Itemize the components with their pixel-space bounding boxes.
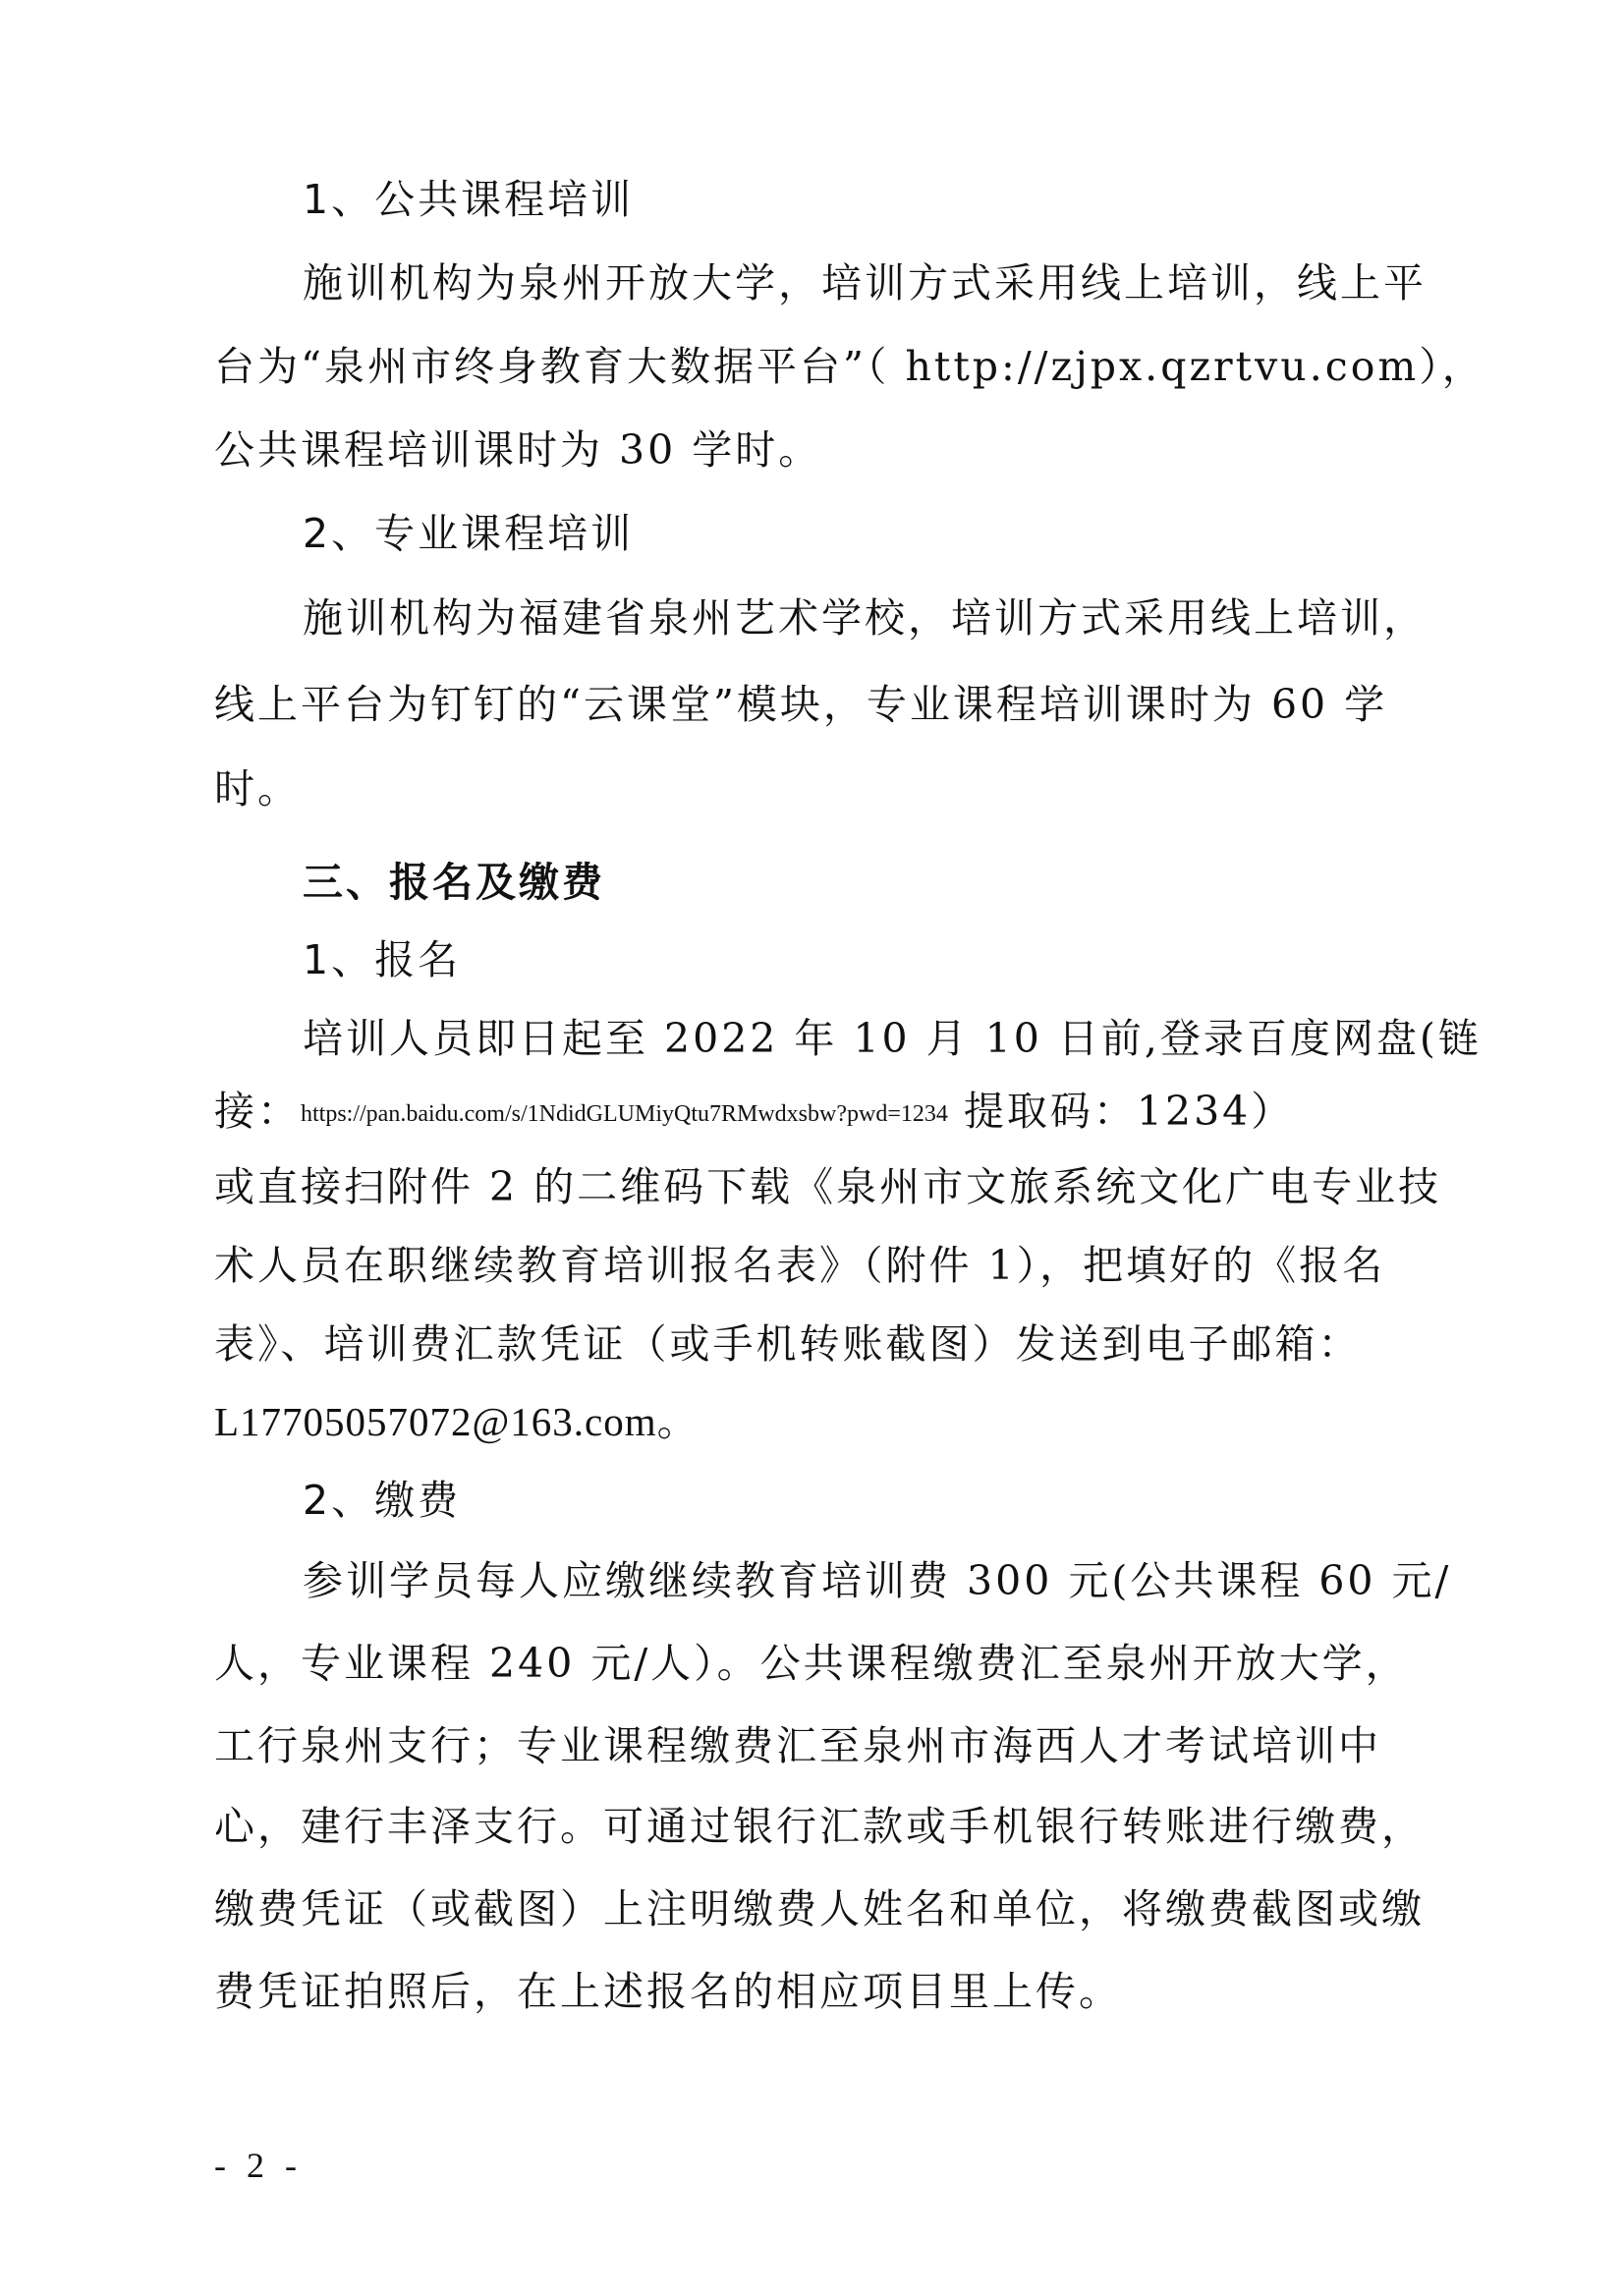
subheading-payment: 2、缴费: [303, 1476, 1521, 1525]
paragraph-line: 术人员在职继续教育培训报名表》（附件 1），把填好的《报名: [214, 1241, 1432, 1290]
page-number: - 2 -: [214, 2145, 303, 2186]
paragraph-line: 线上平台为钉钉的“云课堂”模块，专业课程培训课时为 60 学: [214, 680, 1432, 729]
paragraph-line: 心，建行丰泽支行。可通过银行汇款或手机银行转账进行缴费，: [214, 1802, 1432, 1851]
paragraph-line: 工行泉州支行；专业课程缴费汇至泉州市海西人才考试培训中: [214, 1721, 1432, 1770]
paragraph-line: 施训机构为福建省泉州艺术学校，培训方式采用线上培训，: [303, 593, 1521, 643]
baidu-pan-link[interactable]: https://pan.baidu.com/s/1NdidGLUMiyQtu7R…: [301, 1101, 948, 1127]
paragraph-line-link: 接：https://pan.baidu.com/s/1NdidGLUMiyQtu…: [214, 1087, 1432, 1139]
link-label: 接：: [214, 1088, 301, 1135]
paragraph-line: 或直接扫附件 2 的二维码下载《泉州市文旅系统文化广电专业技: [214, 1162, 1432, 1211]
paragraph-line: 台为“泉州市终身教育大数据平台”（ http://zjpx.qzrtvu.com…: [214, 342, 1432, 391]
extract-code: 提取码：1234）: [948, 1088, 1294, 1135]
paragraph-line: 表》、培训费汇款凭证（或手机转账截图）发送到电子邮箱：: [214, 1319, 1432, 1369]
paragraph-line: 人，专业课程 240 元/人）。公共课程缴费汇至泉州开放大学，: [214, 1639, 1432, 1688]
paragraph-line: 施训机构为泉州开放大学，培训方式采用线上培训，线上平: [303, 258, 1521, 308]
paragraph-line: 参训学员每人应缴继续教育培训费 300 元(公共课程 60 元/: [303, 1556, 1521, 1605]
paragraph-line: 公共课程培训课时为 30 学时。: [214, 425, 1432, 475]
paragraph-line: 费凭证拍照后，在上述报名的相应项目里上传。: [214, 1967, 1432, 2016]
section-heading-professional-course: 2、专业课程培训: [303, 509, 1521, 558]
paragraph-line: 缴费凭证（或截图）上注明缴费人姓名和单位，将缴费截图或缴: [214, 1884, 1432, 1933]
section-heading-registration-payment: 三、报名及缴费: [303, 858, 1521, 907]
paragraph-line: 培训人员即日起至 2022 年 10 月 10 日前,登录百度网盘(链: [303, 1014, 1521, 1063]
subheading-registration: 1、报名: [303, 935, 1521, 984]
paragraph-line: 时。: [214, 764, 1432, 813]
section-heading-public-course: 1、公共课程培训: [303, 175, 1521, 224]
email-address: L17705057072@163.com。: [214, 1397, 1432, 1446]
